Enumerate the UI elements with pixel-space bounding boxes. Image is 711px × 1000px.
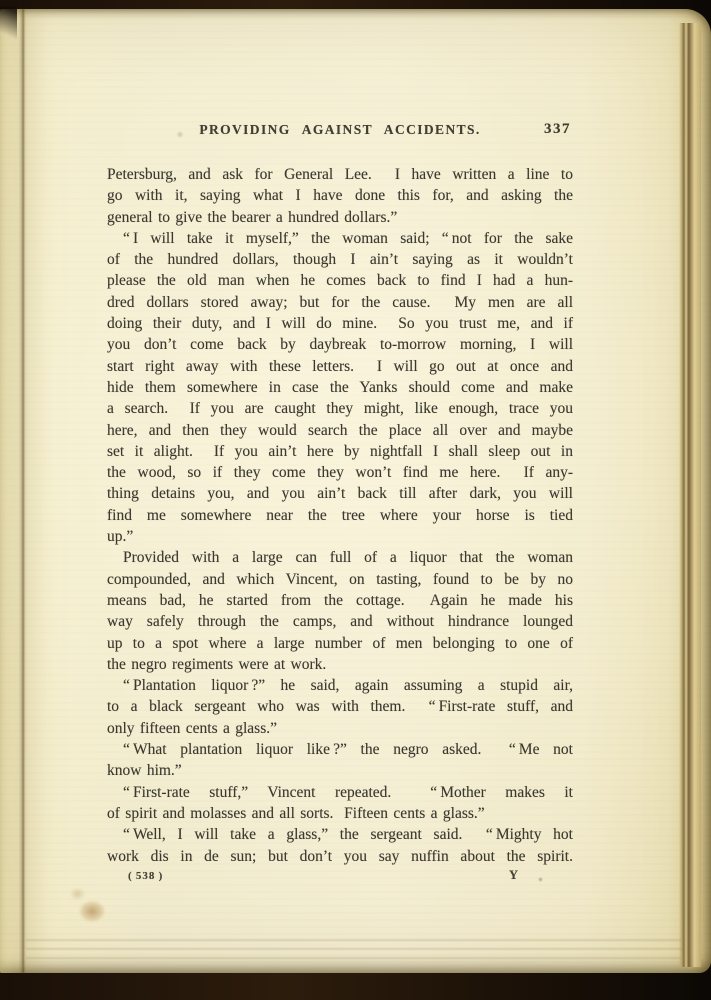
paragraph-6: “ First-rate stuff,” Vincent repeated. “…	[107, 782, 573, 825]
printed-text-block: PROVIDING AGAINST ACCIDENTS. 337 Petersb…	[107, 122, 573, 888]
paragraph-5: “ What plantation liquor like ?” the neg…	[107, 739, 573, 782]
text-line: means bad, he started from the cottage. …	[107, 590, 573, 611]
text-line: to a black sergeant who was with them. “…	[107, 696, 573, 717]
foxing-stain	[62, 881, 114, 927]
text-line: “ What plantation liquor like ?” the neg…	[107, 739, 573, 760]
bottom-page-edges	[26, 939, 681, 965]
text-line: Provided with a large can full of a liqu…	[107, 547, 573, 568]
text-line: way safely through the camps, and withou…	[107, 611, 573, 632]
text-line: general to give the bearer a hundred dol…	[107, 207, 573, 228]
text-line: please the old man when he comes back to…	[107, 270, 573, 291]
page-number: 337	[544, 121, 571, 138]
book-page: PROVIDING AGAINST ACCIDENTS. 337 Petersb…	[0, 9, 711, 973]
text-line: find me somewhere near the tree where yo…	[107, 505, 573, 526]
text-line: set it alight. If you ain’t here by nigh…	[107, 441, 573, 462]
text-line: “ Well, I will take a glass,” the sergea…	[107, 824, 573, 845]
text-line: the wood, so if they come they won’t fin…	[107, 462, 573, 483]
text-line: you don’t come back by daybreak to-morro…	[107, 334, 573, 355]
paragraph-2: “ I will take it myself,” the woman said…	[107, 228, 573, 547]
fore-edge-page-stack	[679, 23, 701, 967]
paragraph-4: “ Plantation liquor ?” he said, again as…	[107, 675, 573, 739]
text-line: a search. If you are caught they might, …	[107, 398, 573, 419]
text-line: of the hundred dollars, though I ain’t s…	[107, 249, 573, 270]
text-line: Petersburg, and ask for General Lee. I h…	[107, 164, 573, 185]
book-scan-photo: PROVIDING AGAINST ACCIDENTS. 337 Petersb…	[0, 0, 711, 1000]
text-line: thing detains you, and you ain’t back ti…	[107, 483, 573, 504]
text-line: only fifteen cents a glass.”	[107, 718, 573, 739]
signature-letter: Y	[509, 868, 519, 883]
text-line: dred dollars stored away; but for the ca…	[107, 292, 573, 313]
text-line: “ First-rate stuff,” Vincent repeated. “…	[107, 782, 573, 803]
text-line: compounded, and which Vincent, on tastin…	[107, 569, 573, 590]
text-line: the negro regiments were at work.	[107, 654, 573, 675]
running-title: PROVIDING AGAINST ACCIDENTS.	[107, 122, 573, 138]
paragraph-7: “ Well, I will take a glass,” the sergea…	[107, 824, 573, 867]
body-text: Petersburg, and ask for General Lee. I h…	[107, 164, 573, 867]
page-header: PROVIDING AGAINST ACCIDENTS. 337	[107, 122, 573, 140]
paragraph-1: Petersburg, and ask for General Lee. I h…	[107, 164, 573, 228]
text-line: hide them somewhere in case the Yanks sh…	[107, 377, 573, 398]
text-line: here, and then they would search the pla…	[107, 420, 573, 441]
text-line: work dis in de sun; but don’t you say nu…	[107, 846, 573, 867]
text-line: up to a spot where a large number of men…	[107, 633, 573, 654]
text-line: “ Plantation liquor ?” he said, again as…	[107, 675, 573, 696]
text-line: doing their duty, and I will do mine. So…	[107, 313, 573, 334]
paragraph-3: Provided with a large can full of a liqu…	[107, 547, 573, 675]
text-line: “ I will take it myself,” the woman said…	[107, 228, 573, 249]
binding-crease	[19, 9, 27, 973]
signature-mark: ( 538 )	[128, 870, 163, 882]
text-line: up.”	[107, 526, 573, 547]
text-line: of spirit and molasses and all sorts. Fi…	[107, 803, 573, 824]
page-footer: ( 538 ) Y	[107, 868, 573, 888]
text-line: start right away with these letters. I w…	[107, 356, 573, 377]
text-line: know him.”	[107, 760, 573, 781]
text-line: go with it, saying what I have done this…	[107, 185, 573, 206]
top-left-corner-shadow	[0, 6, 17, 52]
